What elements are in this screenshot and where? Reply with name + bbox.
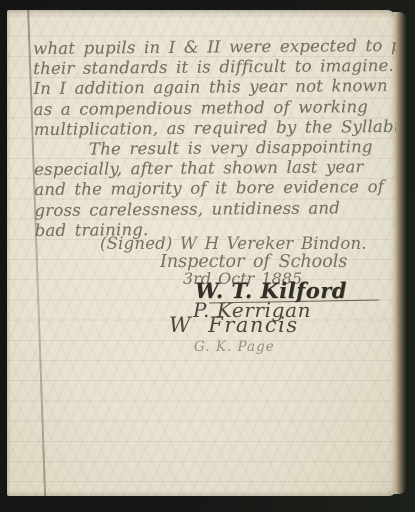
handwritten-body: what pupils in I & II were expected to p… (33, 36, 396, 241)
signature-francis: W Francis (169, 313, 299, 337)
photo-backdrop: what pupils in I & II were expected to p… (0, 0, 415, 512)
handwriting-line: In I addition again this year not known (33, 76, 396, 99)
handwriting-line: and the majority of it bore evidence of (34, 177, 396, 200)
signed-line: (Signed) W H Vereker Bindon. (100, 234, 367, 253)
signature-page: G. K. Page (194, 339, 275, 355)
ledger-page: what pupils in I & II were expected to p… (7, 10, 396, 496)
